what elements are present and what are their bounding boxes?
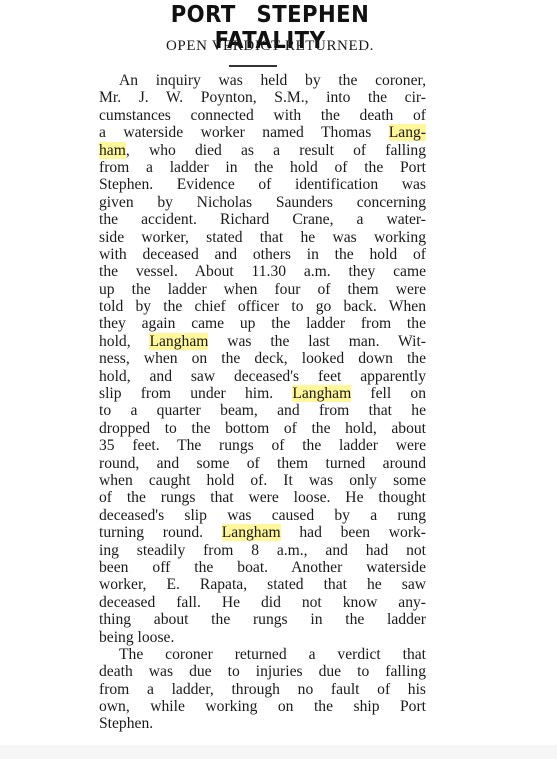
text-segment: thing about the rungs in the ladder <box>99 611 426 628</box>
text-line: worker, E. Rapata, stated that he saw <box>99 576 426 593</box>
text-segment: to a quarter beam, and from that he <box>99 402 426 419</box>
text-line: from a ladder in the hold of the Port <box>99 159 426 176</box>
text-segment: fell on <box>351 385 426 402</box>
text-segment: they again came up the ladder from the <box>99 315 426 332</box>
highlighted-term: Lang- <box>389 124 426 141</box>
text-line: up the ladder when four of them were <box>99 281 426 298</box>
text-segment: had been work- <box>281 524 426 541</box>
text-line: dropped to the bottom of the hold, about <box>99 420 426 437</box>
text-line: ham, who died as a result of falling <box>99 142 426 159</box>
text-line: Stephen. Evidence of identification was <box>99 176 426 193</box>
text-segment: the vessel. About 11.30 a.m. they came <box>99 263 426 280</box>
text-line: a waterside worker named Thomas Lang- <box>99 124 426 141</box>
text-segment: with deceased and others in the hold of <box>99 246 426 263</box>
text-segment: cumstances connected with the death of <box>99 107 426 124</box>
text-segment: from a ladder, through no fault of his <box>99 681 426 698</box>
text-segment: round, and some of them turned around <box>99 455 426 472</box>
text-line: to a quarter beam, and from that he <box>99 402 426 419</box>
text-line: slip from under him. Langham fell on <box>99 385 426 402</box>
text-segment: hold, <box>99 333 149 350</box>
article-body: An inquiry was held by the coroner,Mr. J… <box>99 72 426 733</box>
text-line: given by Nicholas Saunders concerning <box>99 194 426 211</box>
text-line: ness, when on the deck, looked down the <box>99 350 426 367</box>
text-segment: death was due to injuries due to falling <box>99 663 426 680</box>
text-segment: slip from under him. <box>99 385 292 402</box>
text-segment: being loose. <box>99 629 174 646</box>
text-line: with deceased and others in the hold of <box>99 246 426 263</box>
text-line: the accident. Richard Crane, a water- <box>99 211 426 228</box>
highlighted-term: ham <box>99 142 126 159</box>
text-segment: , who died as a result of falling <box>126 142 426 159</box>
text-segment: from a ladder in the hold of the Port <box>99 159 426 176</box>
text-segment: The coroner returned a verdict that <box>119 646 426 663</box>
text-segment: turning round. <box>99 524 222 541</box>
highlighted-term: Langham <box>149 333 208 350</box>
text-line: own, while working on the ship Port <box>99 698 426 715</box>
text-segment: worker, E. Rapata, stated that he saw <box>99 576 426 593</box>
text-segment: deceased's slip was caused by a rung <box>99 507 426 524</box>
text-segment: Mr. J. W. Poynton, S.M., into the cir- <box>99 89 426 106</box>
text-segment: told by the chief officer to go back. Wh… <box>99 298 426 315</box>
text-segment: ness, when on the deck, looked down the <box>99 350 426 367</box>
text-line: side worker, stated that he was working <box>99 229 426 246</box>
text-line: Stephen. <box>99 715 426 732</box>
text-segment: up the ladder when four of them were <box>99 281 426 298</box>
text-segment: given by Nicholas Saunders concerning <box>99 194 426 211</box>
text-segment: dropped to the bottom of the hold, about <box>99 420 426 437</box>
highlighted-term: Langham <box>222 524 281 541</box>
text-segment: was the last man. Wit- <box>208 333 426 350</box>
text-segment: the accident. Richard Crane, a water- <box>99 211 426 228</box>
text-line: deceased fall. He did not know any- <box>99 594 426 611</box>
text-line: the vessel. About 11.30 a.m. they came <box>99 263 426 280</box>
divider-rule <box>229 65 277 67</box>
text-segment: An inquiry was held by the coroner, <box>119 72 426 89</box>
text-segment: of the rungs that were loose. He thought <box>99 489 426 506</box>
text-line: ing steadily from 8 a.m., and had not <box>99 542 426 559</box>
text-line: Mr. J. W. Poynton, S.M., into the cir- <box>99 89 426 106</box>
newspaper-clipping: PORT STEPHEN FATALITY OPEN VERDICT RETUR… <box>0 0 557 759</box>
text-line: they again came up the ladder from the <box>99 315 426 332</box>
text-line: round, and some of them turned around <box>99 455 426 472</box>
text-segment: Stephen. Evidence of identification was <box>99 176 426 193</box>
text-segment: when caught hold of. It was only some <box>99 472 426 489</box>
text-segment: ing steadily from 8 a.m., and had not <box>99 542 426 559</box>
text-segment: a waterside worker named Thomas <box>99 124 389 141</box>
text-line: The coroner returned a verdict that <box>99 646 426 663</box>
text-line: when caught hold of. It was only some <box>99 472 426 489</box>
text-line: An inquiry was held by the coroner, <box>99 72 426 89</box>
highlighted-term: Langham <box>292 385 351 402</box>
text-line: from a ladder, through no fault of his <box>99 681 426 698</box>
text-line: 35 feet. The rungs of the ladder were <box>99 437 426 454</box>
text-segment: deceased fall. He did not know any- <box>99 594 426 611</box>
text-line: thing about the rungs in the ladder <box>99 611 426 628</box>
text-line: turning round. Langham had been work- <box>99 524 426 541</box>
text-line: been off the boat. Another waterside <box>99 559 426 576</box>
text-line: cumstances connected with the death of <box>99 107 426 124</box>
text-line: deceased's slip was caused by a rung <box>99 507 426 524</box>
text-line: told by the chief officer to go back. Wh… <box>99 298 426 315</box>
text-line: hold, and saw deceased's feet apparently <box>99 368 426 385</box>
text-line: hold, Langham was the last man. Wit- <box>99 333 426 350</box>
text-line: of the rungs that were loose. He thought <box>99 489 426 506</box>
text-segment: side worker, stated that he was working <box>99 229 426 246</box>
text-line: death was due to injuries due to falling <box>99 663 426 680</box>
text-segment: been off the boat. Another waterside <box>99 559 426 576</box>
text-segment: Stephen. <box>99 715 153 732</box>
text-line: being loose. <box>99 629 426 646</box>
text-segment: own, while working on the ship Port <box>99 698 426 715</box>
text-segment: hold, and saw deceased's feet apparently <box>99 368 426 385</box>
article-subheadline: OPEN VERDICT RETURNED. <box>100 38 440 55</box>
text-segment: 35 feet. The rungs of the ladder were <box>99 437 426 454</box>
